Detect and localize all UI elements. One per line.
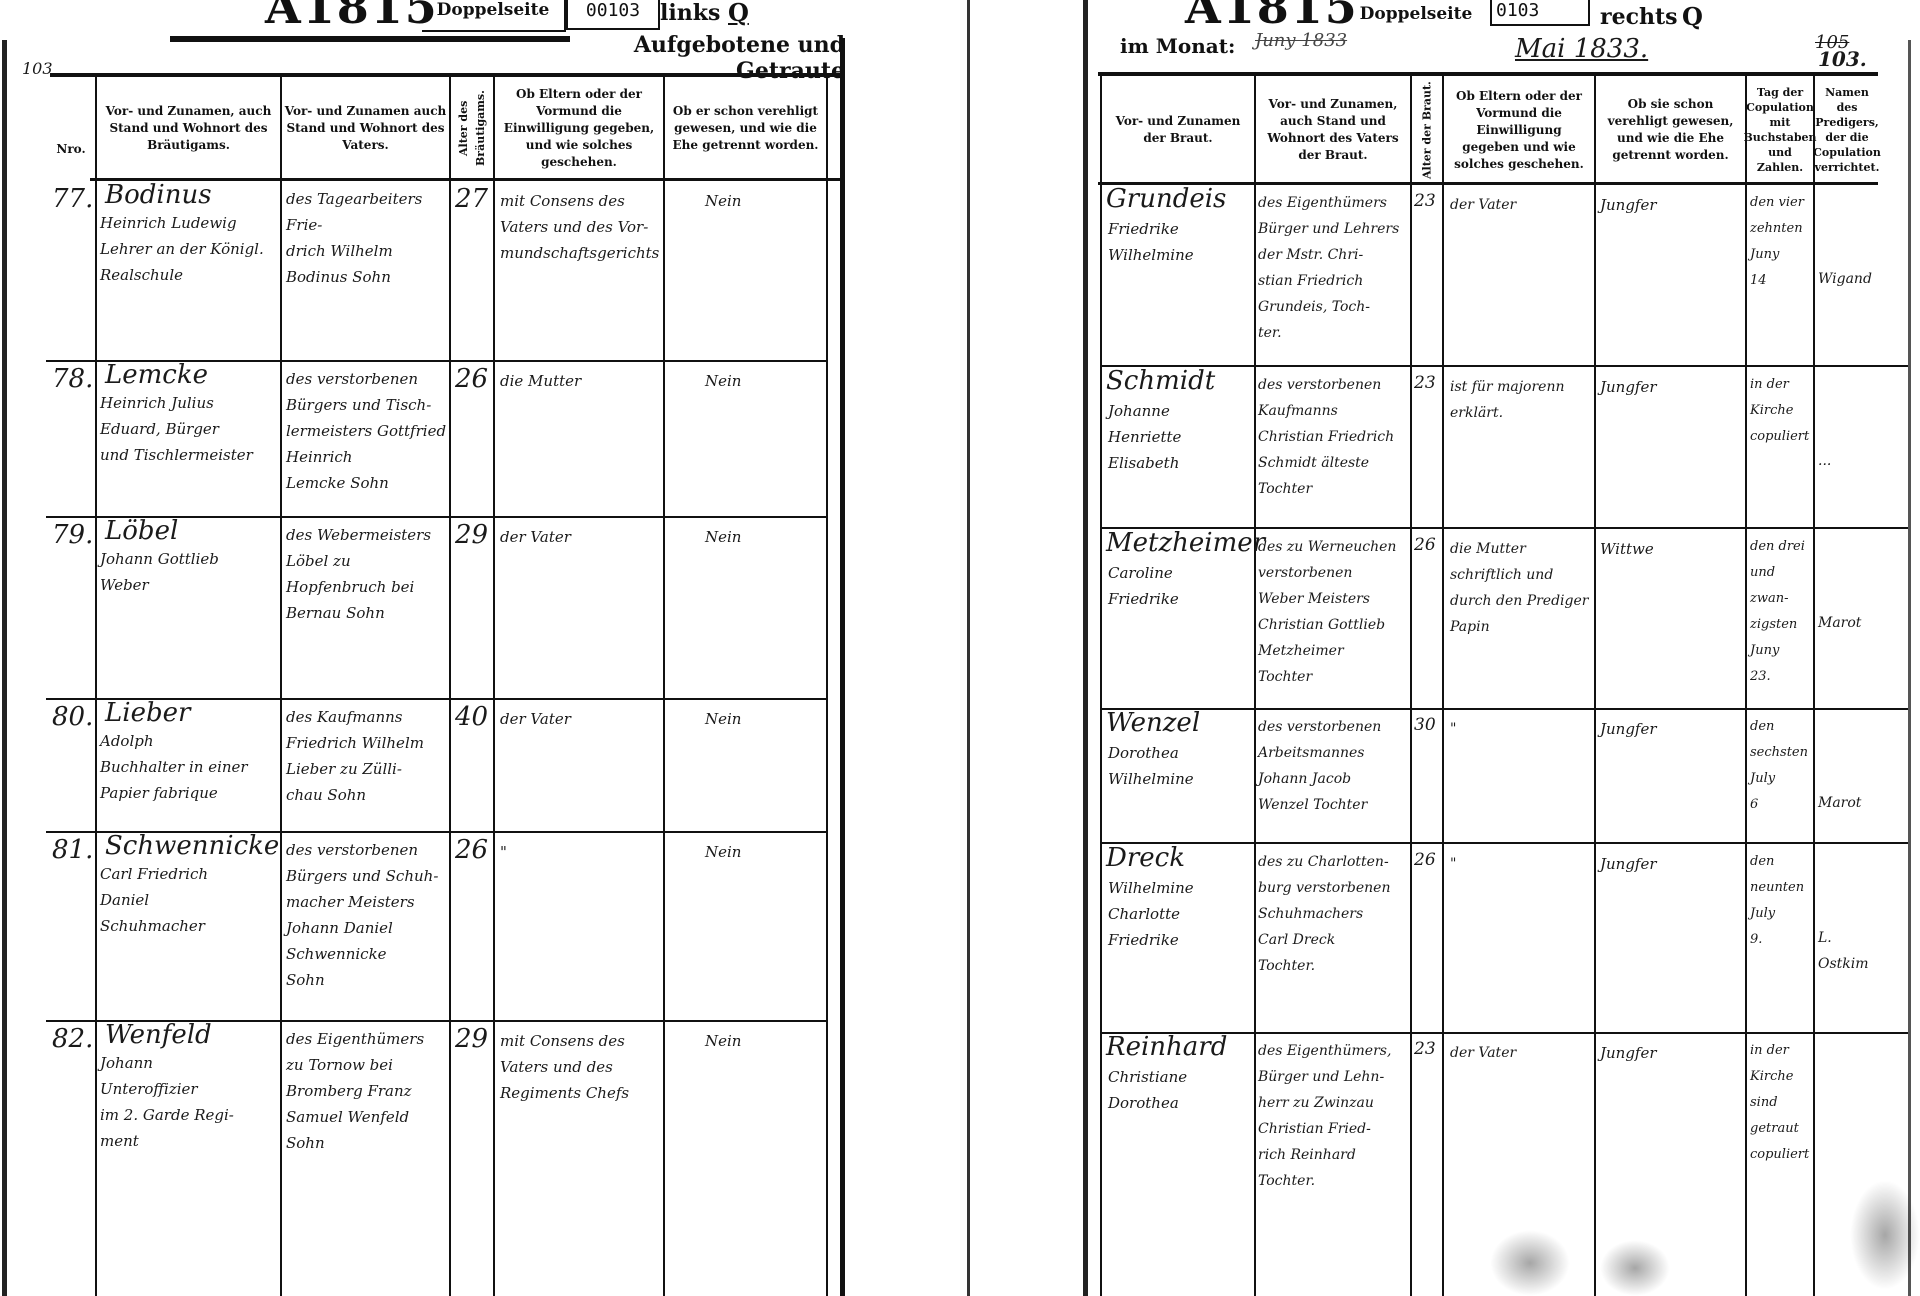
corner-note: 103 [22,56,53,82]
col-header-bride-age: Alter der Braut. [1412,78,1442,182]
copulation-date: den vier zehnten Juny 14 [1750,190,1812,294]
groom-surname: Lemcke [105,360,208,390]
col-header-copulation-date: Tag der Copulation mit Buchstaben und Za… [1747,78,1813,182]
bride-age: 23 [1414,370,1436,396]
prior-marriage: Nein [705,188,741,214]
bride-consent: die Mutter schriftlich und durch den Pre… [1450,536,1592,640]
groom-father: des verstorbenen Bürgers und Schuh- mach… [286,837,448,993]
page-number: 103. [1818,46,1867,72]
bride-age: 23 [1414,188,1436,214]
preacher-name: L. Ostkim [1818,925,1880,977]
col-header-bride-prior-marriage: Ob sie schon verehligt gewesen, und wie … [1596,78,1745,182]
copulation-date: in der Kirche copuliert [1750,372,1812,450]
groom-details: Heinrich Ludewig Lehrer an der Königl. R… [100,210,278,288]
bride-given-names: Johanne Henriette Elisabeth [1108,398,1252,476]
bride-surname: Grundeis [1106,184,1226,214]
groom-age: 26 [455,835,488,865]
groom-surname: Bodinus [105,180,212,210]
bride-prior-marriage: Jungfer [1600,374,1657,400]
bride-prior-marriage: Wittwe [1600,536,1654,562]
bride-age: 30 [1414,712,1436,738]
bride-father: des zu Werneuchen verstorbenen Weber Mei… [1258,534,1408,690]
consent: der Vater [500,706,660,732]
bride-surname: Metzheimer [1106,528,1265,558]
right-side-label: rechts [1600,4,1678,30]
month-struck: Juny 1833 [1255,28,1347,54]
col-header-preacher: Namen des Predigers, der die Copulation … [1815,78,1879,182]
left-stamp-label: Doppelseite [422,0,566,32]
bride-father: des Eigenthümers, Bürger und Lehn- herr … [1258,1038,1408,1194]
prior-marriage: Nein [705,524,741,550]
col-header-nro: Nro. [46,120,96,178]
bride-given-names: Friedrike Wilhelmine [1108,216,1252,268]
bride-consent: " [1450,716,1592,742]
groom-details: Carl Friedrich Daniel Schuhmacher [100,861,278,939]
col-header-bride: Vor- und Zunamen der Braut. [1102,78,1254,182]
bride-given-names: Wilhelmine Charlotte Friedrike [1108,875,1252,953]
prior-marriage: Nein [705,1028,741,1054]
bride-given-names: Caroline Friedrike [1108,560,1252,612]
col-header-prior-marriage: Ob er schon verehligt gewesen, und wie d… [665,78,826,178]
col-header-groom: Vor- und Zunamen, auch Stand und Wohnort… [97,78,280,178]
entry-number: 80. [52,702,93,732]
bride-prior-marriage: Jungfer [1600,192,1657,218]
bride-prior-marriage: Jungfer [1600,851,1657,877]
bride-surname: Wenzel [1106,708,1200,738]
groom-surname: Schwennicke [105,831,279,861]
consent: die Mutter [500,368,660,394]
consent: mit Consens des Vaters und des Vor- mund… [500,188,660,266]
consent: mit Consens des Vaters und des Regiments… [500,1028,660,1106]
preacher-name: ... [1818,448,1880,474]
bride-age: 26 [1414,847,1436,873]
consent: " [500,839,660,865]
entry-number: 78. [52,364,93,394]
col-header-bride-father: Vor- und Zunamen, auch Stand und Wohnort… [1256,78,1410,182]
entry-number: 81. [52,835,93,865]
left-side-letter: Q [728,0,749,27]
groom-age: 27 [455,184,488,214]
right-stamp-number: 0103 [1490,0,1590,26]
bride-surname: Reinhard [1106,1032,1227,1062]
copulation-date: den sechsten July 6 [1750,714,1812,818]
left-side-label: links [660,0,720,26]
left-stamp-code: A1815 [265,0,439,34]
preacher-name: Marot [1818,790,1880,816]
bride-consent: der Vater [1450,192,1592,218]
groom-surname: Wenfeld [105,1020,212,1050]
groom-father: des Tagearbeiters Frie- drich Wilhelm Bo… [286,186,448,290]
bride-surname: Schmidt [1106,366,1215,396]
bride-surname: Dreck [1106,843,1185,873]
bride-father: des Eigenthümers Bürger und Lehrers der … [1258,190,1408,346]
bride-prior-marriage: Jungfer [1600,716,1657,742]
copulation-date: in der Kirche sind getraut copuliert [1750,1038,1812,1168]
preacher-name: Wigand [1818,266,1880,292]
copulation-date: den drei und zwan- zigsten Juny 23. [1750,534,1812,690]
groom-age: 26 [455,364,488,394]
bride-age: 23 [1414,1036,1436,1062]
groom-age: 40 [455,702,488,732]
entry-number: 79. [52,520,93,550]
consent: der Vater [500,524,660,550]
col-header-bride-consent: Ob Eltern oder der Vormund die Einwillig… [1444,78,1594,182]
bride-given-names: Christiane Dorothea [1108,1064,1252,1116]
groom-father: des Eigenthümers zu Tornow bei Bromberg … [286,1026,448,1156]
groom-father: des verstorbenen Bürgers und Tisch- lerm… [286,366,448,496]
entry-number: 82. [52,1024,93,1054]
col-header-consent: Ob Eltern oder der Vormund die Einwillig… [495,78,663,178]
groom-age: 29 [455,520,488,550]
right-stamp-label: Doppelseite [1345,4,1487,34]
prior-marriage: Nein [705,706,741,732]
month-label: im Monat: [1120,34,1235,58]
groom-surname: Löbel [105,516,178,546]
bride-consent: ist für majorenn erklärt. [1450,374,1592,426]
bride-consent: " [1450,851,1592,877]
groom-details: Adolph Buchhalter in einer Papier fabriq… [100,728,278,806]
groom-age: 29 [455,1024,488,1054]
groom-details: Johann Unteroffizier im 2. Garde Regi- m… [100,1050,278,1154]
copulation-date: den neunten July 9. [1750,849,1812,953]
left-stamp-number: 00103 [566,0,660,30]
bride-given-names: Dorothea Wilhelmine [1108,740,1252,792]
preacher-name: Marot [1818,610,1880,636]
groom-father: des Webermeisters Löbel zu Hopfenbruch b… [286,522,448,626]
groom-details: Johann Gottlieb Weber [100,546,278,598]
groom-surname: Lieber [105,698,190,728]
prior-marriage: Nein [705,839,741,865]
bride-consent: der Vater [1450,1040,1592,1066]
month-value: Mai 1833. [1515,36,1648,62]
right-side-letter: Q [1682,2,1703,31]
entry-number: 77. [52,184,93,214]
groom-details: Heinrich Julius Eduard, Bürger und Tisch… [100,390,278,468]
col-header-groom-father: Vor- und Zunamen auch Stand und Wohnort … [282,78,449,178]
bride-prior-marriage: Jungfer [1600,1040,1657,1066]
bride-father: des zu Charlotten- burg verstorbenen Sch… [1258,849,1408,979]
book-gutter [967,0,970,1296]
col-header-groom-age: Alter des Bräutigams. [451,78,493,178]
prior-marriage: Nein [705,368,741,394]
bride-age: 26 [1414,532,1436,558]
groom-father: des Kaufmanns Friedrich Wilhelm Lieber z… [286,704,448,808]
bride-father: des verstorbenen Arbeitsmannes Johann Ja… [1258,714,1408,818]
bride-father: des verstorbenen Kaufmanns Christian Fri… [1258,372,1408,502]
